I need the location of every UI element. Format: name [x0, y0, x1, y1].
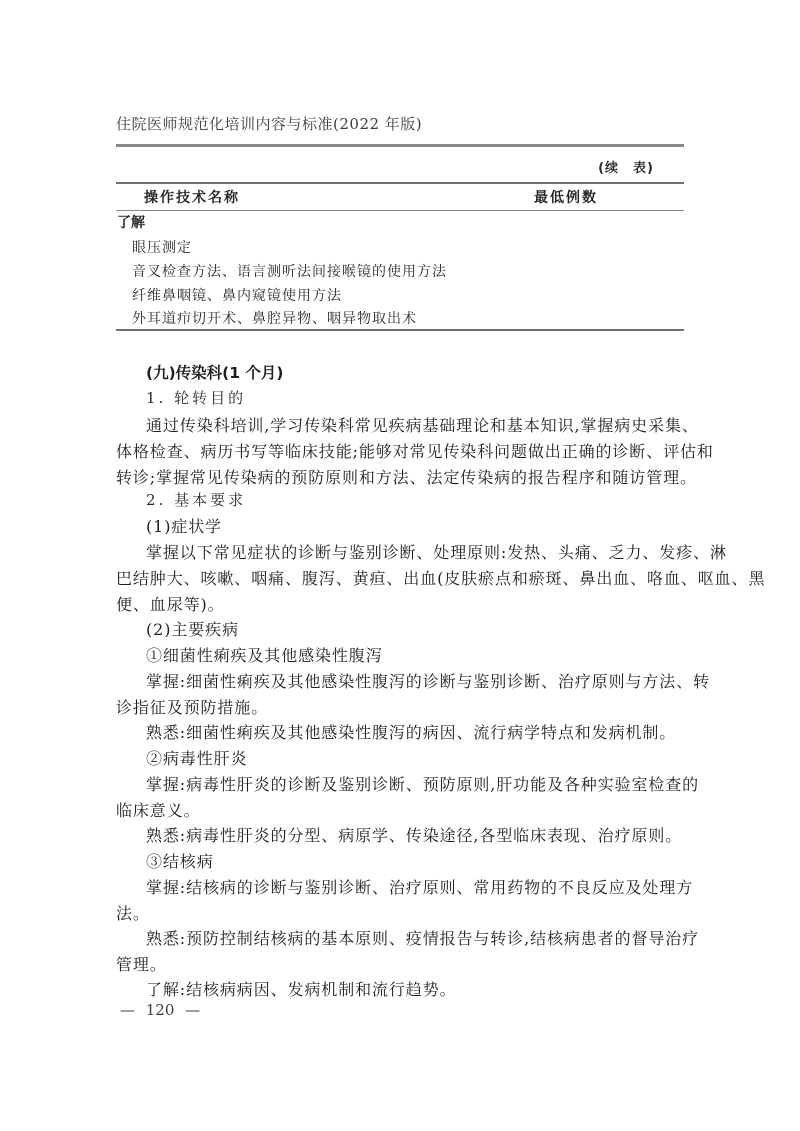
paragraph-line: 熟悉:病毒性肝炎的分型、病原学、传染途径,各型临床表现、治疗原则。	[146, 823, 682, 846]
paragraph-line: 掌握:细菌性痢疾及其他感染性腹泻的诊断与鉴别诊断、治疗原则与方法、转	[146, 669, 684, 692]
table-row: 纤维鼻咽镜、鼻内窥镜使用方法	[132, 285, 342, 305]
paragraph-line: 掌握:结核病的诊断与鉴别诊断、治疗原则、常用药物的不良反应及处理方	[146, 875, 684, 898]
table-header-rule	[116, 210, 684, 211]
paragraph-line: 法。	[116, 901, 150, 924]
table-row: 眼压测定	[132, 237, 192, 257]
paragraph-line: 体格检查、病历书写等临床技能;能够对常见传染科问题做出正确的诊断、评估和	[116, 439, 684, 462]
subsection-heading-basic-requirements: 2. 基本要求	[146, 489, 246, 510]
running-header: 住院医师规范化培训内容与标准(2022 年版)	[116, 113, 422, 134]
section-title: (九)传染科(1 个月)	[146, 361, 284, 383]
table-continued-label: (续 表)	[598, 157, 654, 176]
disease-title: ③结核病	[146, 849, 214, 872]
column-header-minimum-cases: 最低例数	[534, 187, 598, 207]
paragraph-line: 临床意义。	[116, 798, 201, 821]
column-header-procedure-name: 操作技术名称	[144, 187, 240, 207]
paragraph-line: 管理。	[116, 952, 167, 975]
item-heading-symptomatology: (1)症状学	[146, 514, 222, 537]
page-number: — 120 —	[120, 1001, 200, 1019]
paragraph-line: 巴结肿大、咳嗽、咽痛、腹泻、黄疸、出血(皮肤瘀点和瘀斑、鼻出血、咯血、呕血、黑	[116, 566, 684, 589]
paragraph-line: 诊指征及预防措施。	[116, 695, 268, 718]
disease-title: ②病毒性肝炎	[146, 746, 247, 769]
paragraph-line: 转诊;掌握常见传染病的预防原则和方法、法定传染病的报告程序和随访管理。	[116, 465, 697, 488]
paragraph-line: 熟悉:细菌性痢疾及其他感染性腹泻的病因、流行病学特点和发病机制。	[146, 720, 676, 743]
table-bottom-rule	[116, 329, 684, 331]
table-top-rule	[116, 182, 684, 184]
item-heading-major-diseases: (2)主要疾病	[146, 617, 239, 640]
subsection-heading-rotation-purpose: 1. 轮转目的	[146, 387, 246, 408]
header-rule	[116, 144, 684, 147]
paragraph-line: 熟悉:预防控制结核病的基本原则、疫情报告与转诊,结核病患者的督导治疗	[146, 926, 684, 949]
table-row: 外耳道疖切开术、鼻腔异物、咽异物取出术	[132, 308, 417, 328]
table-row: 音叉检查方法、语言测听法间接喉镜的使用方法	[132, 261, 447, 281]
paragraph-line: 便、血尿等)。	[116, 592, 225, 615]
paragraph-line: 了解:结核病病因、发病机制和流行趋势。	[146, 977, 457, 1000]
disease-title: ①细菌性痢疾及其他感染性腹泻	[146, 643, 383, 666]
paragraph-line: 掌握:病毒性肝炎的诊断及鉴别诊断、预防原则,肝功能及各种实验室检查的	[146, 772, 684, 795]
paragraph-line: 通过传染科培训,学习传染科常见疾病基础理论和基本知识,掌握病史采集、	[146, 413, 684, 436]
paragraph-line: 掌握以下常见症状的诊断与鉴别诊断、处理原则:发热、头痛、乏力、发疹、淋	[146, 540, 684, 563]
table-group-label: 了解	[117, 212, 145, 232]
